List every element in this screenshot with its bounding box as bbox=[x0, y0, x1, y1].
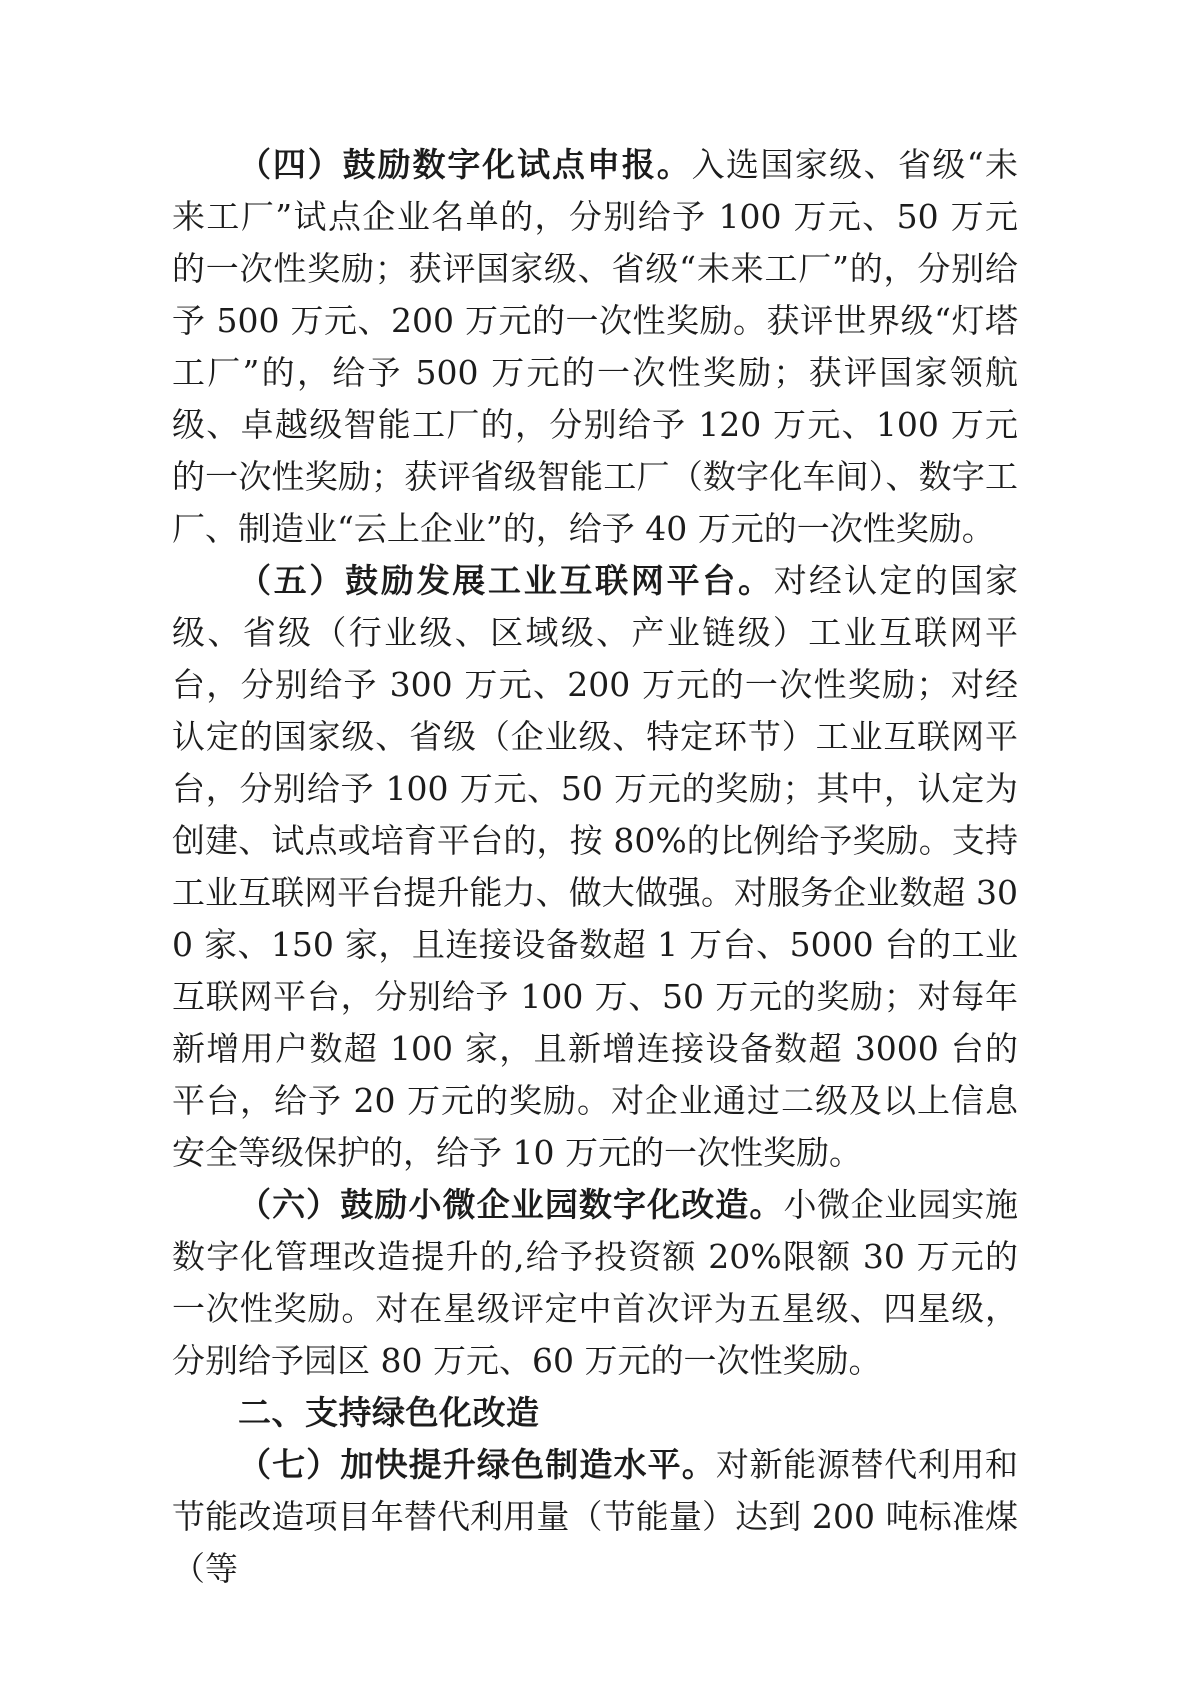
paragraph-item-5: （五）鼓励发展工业互联网平台。对经认定的国家级、省级（行业级、区域级、产业链级）… bbox=[172, 555, 1018, 1179]
paragraph-item-6: （六）鼓励小微企业园数字化改造。小微企业园实施数字化管理改造提升的,给予投资额 … bbox=[172, 1179, 1018, 1387]
paragraph-item-4-heading: （四）鼓励数字化试点申报。 bbox=[238, 145, 692, 184]
paragraph-item-5-body: 对经认定的国家级、省级（行业级、区域级、产业链级）工业互联网平台，分别给予 30… bbox=[172, 561, 1018, 1172]
paragraph-item-5-heading: （五）鼓励发展工业互联网平台。 bbox=[238, 561, 774, 600]
section-heading-green-retrofit: 二、支持绿色化改造 bbox=[172, 1387, 1018, 1439]
paragraph-item-6-heading: （六）鼓励小微企业园数字化改造。 bbox=[238, 1185, 783, 1224]
paragraph-item-7-heading: （七）加快提升绿色制造水平。 bbox=[238, 1445, 716, 1484]
paragraph-item-4: （四）鼓励数字化试点申报。入选国家级、省级“未来工厂”试点企业名单的，分别给予 … bbox=[172, 139, 1018, 555]
document-page: （四）鼓励数字化试点申报。入选国家级、省级“未来工厂”试点企业名单的，分别给予 … bbox=[0, 0, 1190, 1683]
paragraph-item-4-body: 入选国家级、省级“未来工厂”试点企业名单的，分别给予 100 万元、50 万元的… bbox=[172, 145, 1018, 548]
paragraph-item-7: （七）加快提升绿色制造水平。对新能源替代利用和节能改造项目年替代利用量（节能量）… bbox=[172, 1439, 1018, 1595]
document-body: （四）鼓励数字化试点申报。入选国家级、省级“未来工厂”试点企业名单的，分别给予 … bbox=[172, 139, 1018, 1595]
